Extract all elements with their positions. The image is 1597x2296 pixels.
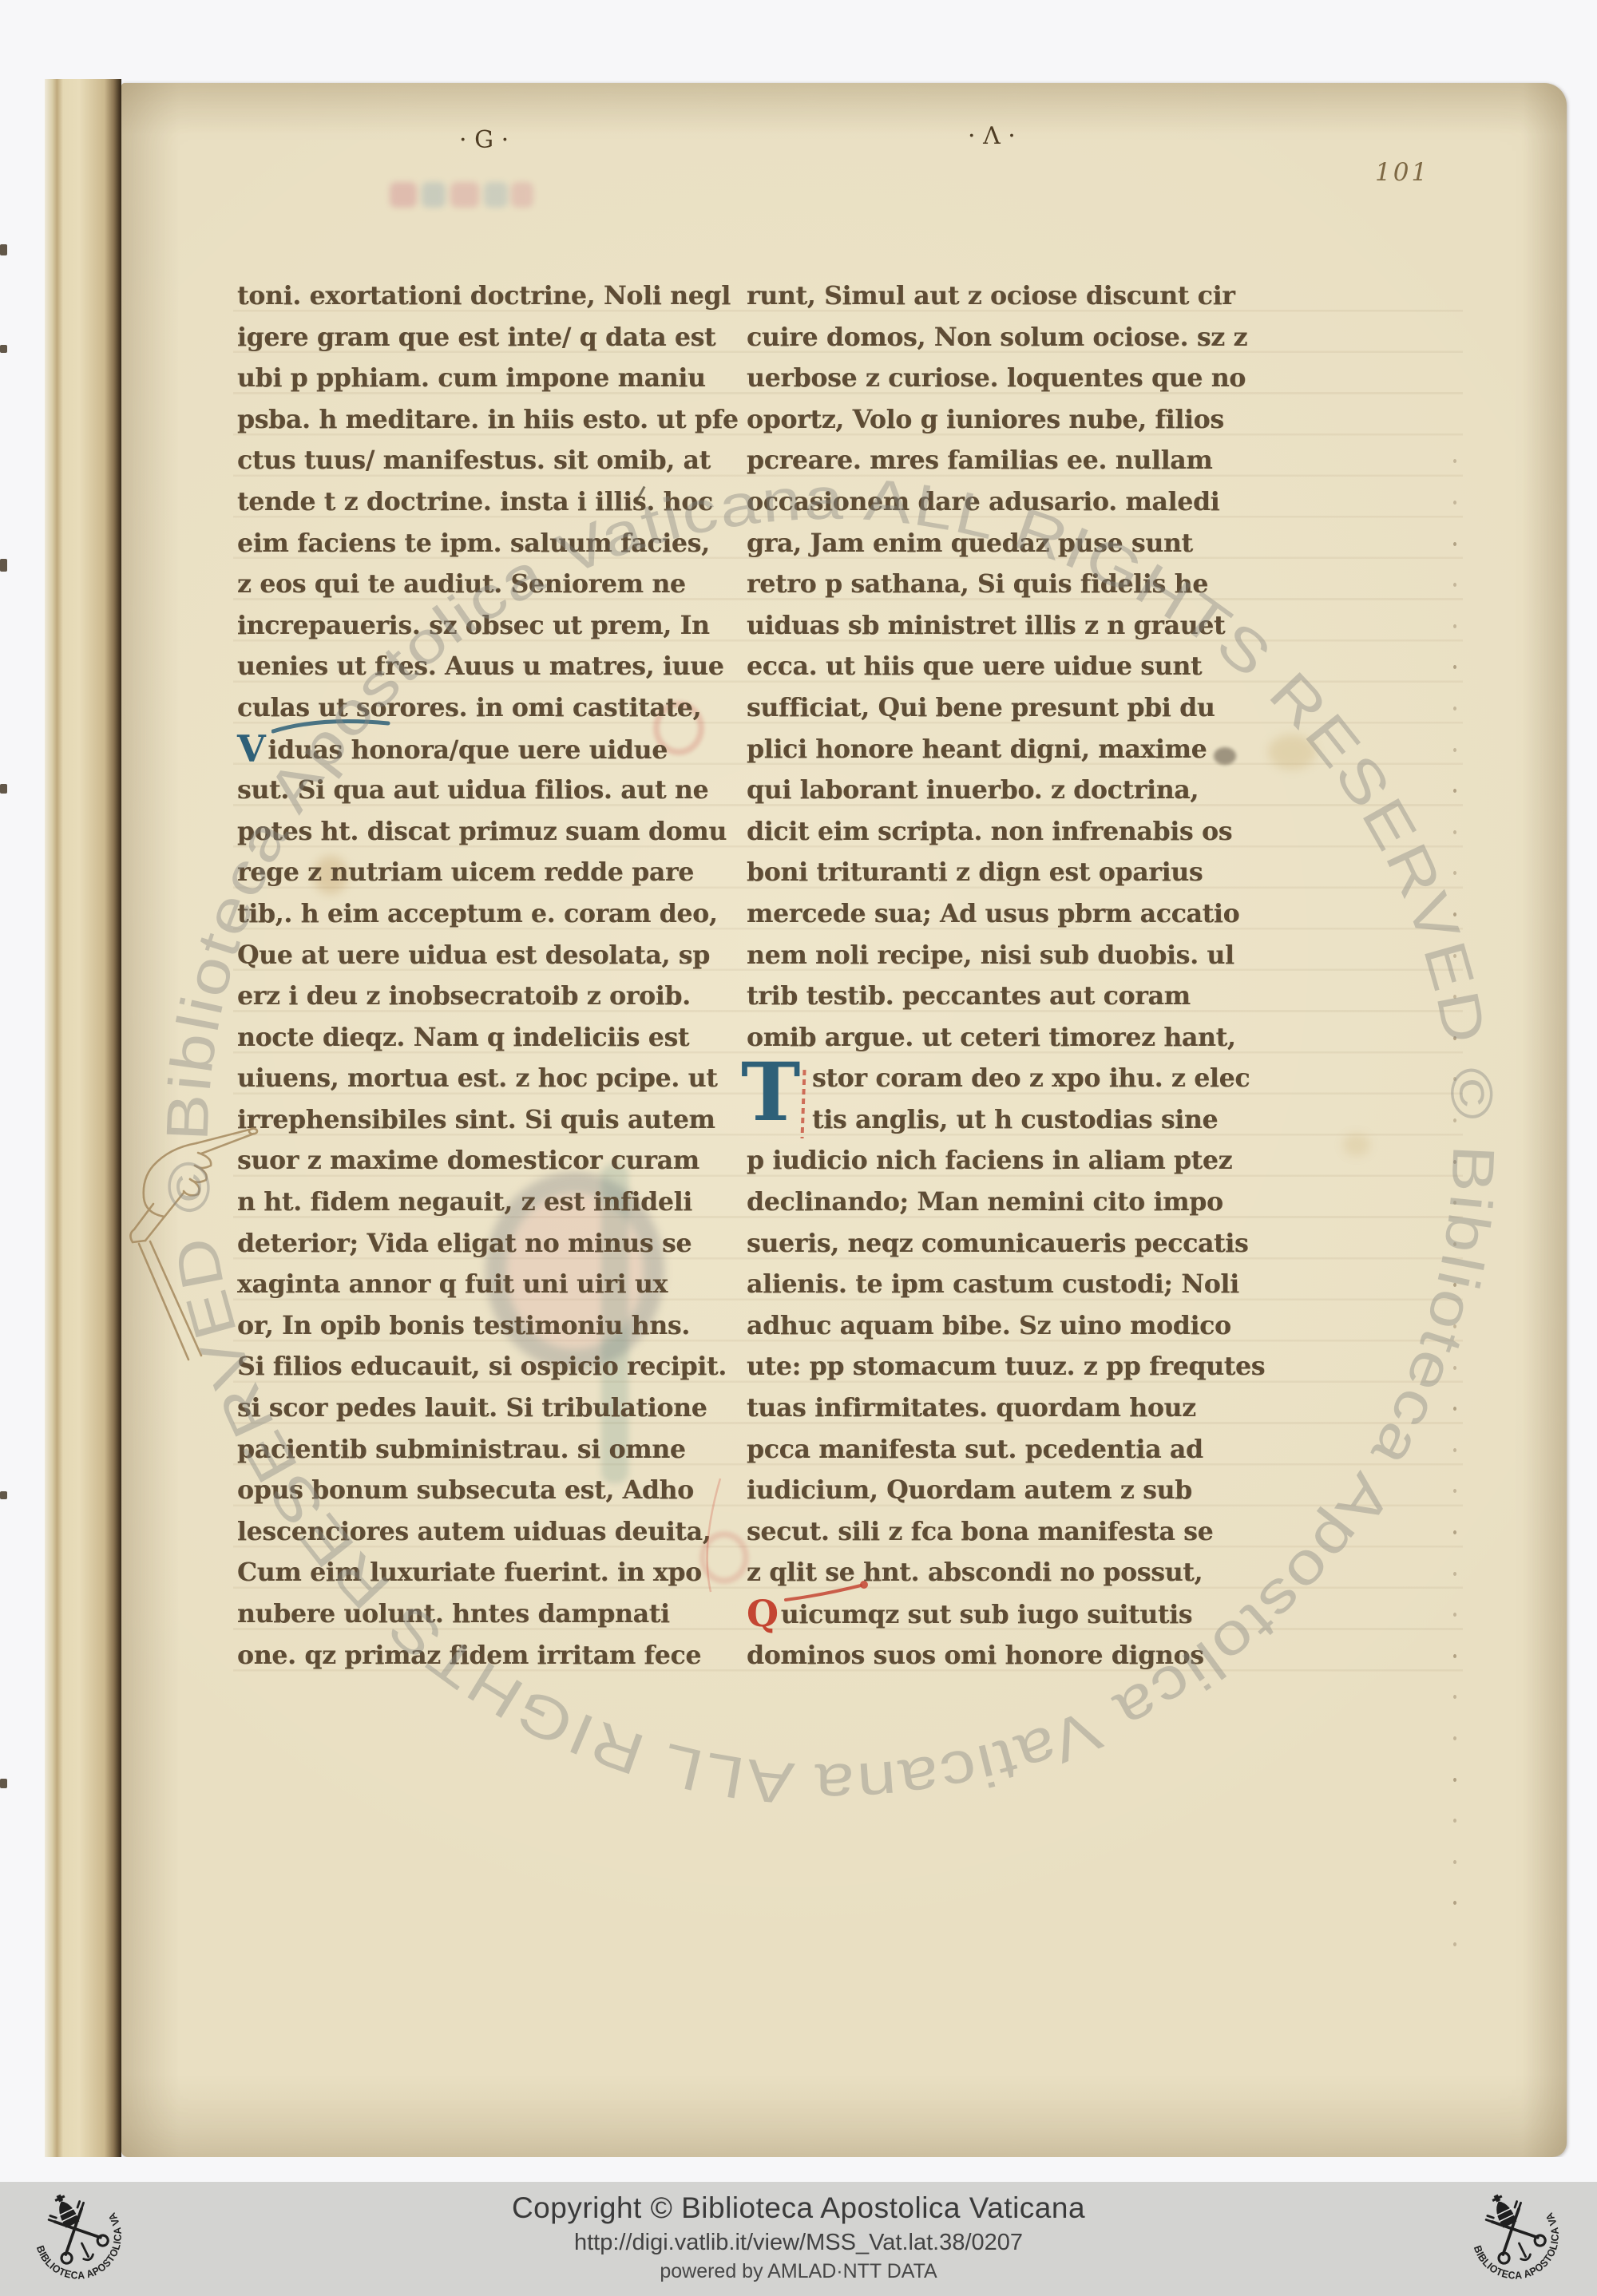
manuscript-line: oportz, Volo g iuniores nube, filios (747, 399, 1258, 441)
manuscript-line: opus bonum subsecuta est, Adho (237, 1470, 748, 1511)
manuscript-line: ecca. ut hiis que uere uidue sunt (747, 646, 1258, 687)
manuscript-line: xaginta annor q fuit uni uiri ux (237, 1264, 748, 1305)
red-initial-tail (784, 1579, 872, 1603)
manuscript-line: secut. sili z fca bona manifesta se (747, 1511, 1258, 1553)
manicule-pointing-hand (118, 1116, 266, 1372)
scanned-manuscript-page: · G · · Λ · 101 toni. exortationi doctri… (0, 0, 1597, 2296)
pricking-hole (1453, 1942, 1456, 1946)
pricking-hole (1453, 624, 1456, 628)
rubric-bleed (511, 182, 533, 208)
manuscript-line: rege z nutriam uicem redde pare (237, 852, 748, 893)
footer-url: http://digi.vatlib.it/view/MSS_Vat.lat.3… (0, 2230, 1597, 2256)
manuscript-line: boni trituranti z dign est oparius (747, 852, 1258, 893)
quire-mark-left: · G · (459, 126, 509, 154)
pricking-hole (1453, 501, 1456, 505)
manuscript-line: runt, Simul aut z ociose discunt cir (747, 275, 1258, 317)
rubric-bleed (450, 182, 479, 208)
manuscript-line: n ht. fidem negauit, z est infideli (237, 1182, 748, 1223)
manuscript-line: one. qz primaz fidem irritam fece (237, 1635, 748, 1676)
manuscript-line: sufficiat, Qui bene presunt pbi du (747, 687, 1258, 729)
scanner-background (0, 2157, 1597, 2182)
pricking-hole (1453, 748, 1456, 752)
manuscript-line: z eos qui te audiut. Seniorem ne (237, 564, 748, 605)
pricking-hole (1453, 1366, 1456, 1370)
manuscript-line: alienis. te ipm castum custodi; Noli (747, 1264, 1258, 1305)
pricking-hole (1453, 1448, 1456, 1452)
manuscript-line: uenies ut fres. Auus u matres, iuue (237, 646, 748, 687)
facing-page-ink-fragment (0, 1779, 7, 1788)
manuscript-line: pcca manifesta sut. pcedentia ad (747, 1429, 1258, 1471)
manuscript-line: si scor pedes lauit. Si tribulatione (237, 1387, 748, 1429)
facing-page-ink-fragment (0, 784, 7, 794)
manuscript-line: igere gram que est inte/ q data est (237, 317, 748, 358)
manuscript-line: tib,. h eim acceptum e. coram deo, (237, 893, 748, 935)
manuscript-line: pcreare. mres familias ee. nullam (747, 440, 1258, 481)
manuscript-line: dominos suos omi honore dignos (747, 1635, 1258, 1676)
manuscript-line: nocte dieqz. Nam q indeliciis est (237, 1017, 748, 1059)
manuscript-line: toni. exortationi doctrine, Noli negl (237, 275, 748, 317)
manuscript-line: occasionem dare adusario. maledi (747, 481, 1258, 523)
pricking-hole (1453, 1572, 1456, 1576)
facing-page-ink-fragment (0, 345, 7, 353)
rubric-bleed (390, 182, 417, 208)
parchment-stain (1268, 734, 1316, 770)
vatican-library-seal-left: BIBLIOTECA APOSTOLICA VATICANA (24, 2186, 136, 2293)
manuscript-line: cuire domos, Non solum ociose. sz z (747, 317, 1258, 358)
pricking-hole (1453, 1860, 1456, 1864)
pricking-hole (1453, 1242, 1456, 1246)
pricking-hole (1453, 707, 1456, 711)
manuscript-line: nem noli recipe, nisi sub duobis. ul (747, 935, 1258, 976)
manuscript-line: nubere uolunt. hntes dampnati (237, 1593, 748, 1635)
rubric-bleed (484, 182, 508, 208)
drop-cap-initial-T: T (741, 1052, 800, 1132)
manuscript-line: Que at uere uidua est desolata, sp (237, 935, 748, 976)
manuscript-line: ctus tuus/ manifestus. sit omib, at (237, 440, 748, 481)
pricking-hole (1453, 912, 1456, 916)
inline-initial-V: V (237, 727, 265, 770)
folio-number: 101 (1375, 158, 1429, 187)
pricking-hole (1453, 542, 1456, 546)
manuscript-line: Si filios educauit, si ospicio recipit. (237, 1346, 748, 1387)
pricking-hole (1453, 1036, 1456, 1040)
facing-page-ink-fragment (0, 244, 7, 255)
book-gutter (45, 79, 121, 2157)
pricking-hole (1453, 830, 1456, 834)
manuscript-line: sut. Si qua aut uidua filios. aut ne (237, 770, 748, 811)
manuscript-line: p iudicio nich faciens in aliam ptez (747, 1140, 1258, 1182)
facing-page-ink-fragment (0, 1491, 7, 1499)
manuscript-line: irrephensibiles sint. Si quis autem (237, 1099, 748, 1141)
manuscript-line: tis anglis, ut h custodias sine (747, 1099, 1258, 1141)
quire-mark-right: · Λ · (968, 122, 1016, 150)
manuscript-column-left: toni. exortationi doctrine, Noli neglige… (237, 275, 748, 1676)
pricking-hole (1453, 1530, 1456, 1534)
parchment-stain (1343, 1134, 1370, 1156)
pricking-hole (1453, 1118, 1456, 1122)
bleed-red-swash (699, 1477, 731, 1597)
manuscript-line: gra, Jam enim quedaz puse sunt (747, 523, 1258, 564)
manuscript-line: adhuc aquam bibe. Sz uino modico (747, 1305, 1258, 1347)
manuscript-line: retro p sathana, Si quis fidelis he (747, 564, 1258, 605)
pricking-hole (1453, 1160, 1456, 1164)
inline-initial-Q: Q (747, 1592, 779, 1635)
manuscript-line: Cum eim luxuriate fuerint. in xpo (237, 1552, 748, 1593)
facing-page-ink-fragment (0, 559, 7, 572)
vatican-library-seal-right: BIBLIOTECA APOSTOLICA VATICANA (1461, 2186, 1573, 2293)
footer-bar: Copyright © Biblioteca Apostolica Vatica… (0, 2182, 1597, 2296)
manuscript-line: qui laborant inuerbo. z doctrina, (747, 770, 1258, 811)
pricking-hole (1453, 954, 1456, 958)
footer-powered-by: powered by AMLAD·NTT DATA (0, 2260, 1597, 2283)
manuscript-line: suor z maxime domesticor curam (237, 1140, 748, 1182)
manuscript-line: or, In opib bonis testimoniu hns. (237, 1305, 748, 1347)
blue-initial-swash (271, 715, 391, 736)
manuscript-line: plici honore heant digni, maxime (747, 729, 1258, 770)
manuscript-line: ubi p pphiam. cum impone maniu (237, 358, 748, 399)
pricking-hole (1453, 1736, 1456, 1740)
manuscript-line: ute: pp stomacum tuuz. z pp frequtes (747, 1346, 1258, 1387)
manuscript-line: increpaueris. sz obsec ut prem, In (237, 605, 748, 647)
manuscript-line: deterior; Vida eligat no minus se (237, 1223, 748, 1265)
manuscript-column-right: runt, Simul aut z ociose discunt circuir… (747, 275, 1258, 1676)
manuscript-line: eim faciens te ipm. saluum facies, (237, 523, 748, 564)
manuscript-line: uiduas sb ministret illis z n grauet (747, 605, 1258, 647)
manuscript-line: stor coram deo z xpo ihu. z elec (747, 1058, 1258, 1099)
manuscript-line: mercede sua; Ad usus pbrm accatio (747, 893, 1258, 935)
manuscript-line: dicit eim scripta. non infrenabis os (747, 811, 1258, 853)
rubric-bleed (422, 182, 446, 208)
manuscript-line: psba. h meditare. in hiis esto. ut pfe (237, 399, 748, 441)
manuscript-line: pacientib subministrau. si omne (237, 1429, 748, 1471)
footer-copyright: Copyright © Biblioteca Apostolica Vatica… (0, 2191, 1597, 2225)
manuscript-line: uiuens, mortua est. z hoc pcipe. ut (237, 1058, 748, 1099)
pricking-hole (1453, 1654, 1456, 1658)
manuscript-line: tuas infirmitates. quordam houz (747, 1387, 1258, 1429)
pricking-hole (1453, 1778, 1456, 1782)
manuscript-line: omib argue. ut ceteri timorez hant, (747, 1017, 1258, 1059)
manuscript-line: iudicium, Quordam autem z sub (747, 1470, 1258, 1511)
manuscript-line: lescenciores autem uiduas deuita, (237, 1511, 748, 1553)
manuscript-line: tende t z doctrine. insta i illis. hoc (237, 481, 748, 523)
manuscript-line: erz i deu z inobsecratoib z oroib. (237, 976, 748, 1017)
manuscript-line: trib testib. peccantes aut coram (747, 976, 1258, 1017)
manuscript-line: declinando; Man nemini cito impo (747, 1182, 1258, 1223)
pricking-hole (1453, 1324, 1456, 1328)
manuscript-line: uerbose z curiose. loquentes que no (747, 358, 1258, 399)
manuscript-line: sueris, neqz comunicaueris peccatis (747, 1223, 1258, 1265)
manuscript-line: potes ht. discat primuz suam domu (237, 811, 748, 853)
